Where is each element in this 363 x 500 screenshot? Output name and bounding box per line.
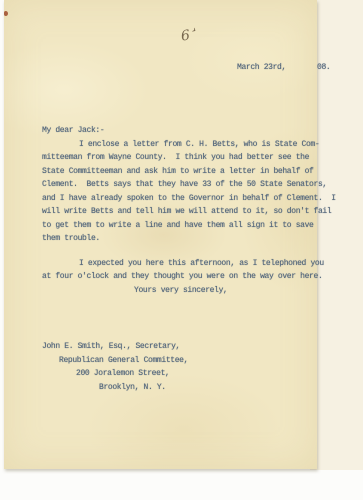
- letter-paper: March 23rd, 08. My dear Jack:- I enclose…: [4, 0, 317, 469]
- typed-line: them trouble.: [42, 232, 338, 246]
- typed-line: I expected you here this afternoon, as I…: [42, 257, 338, 271]
- letter-body: My dear Jack:- I enclose a letter from C…: [42, 124, 338, 394]
- typed-line: mitteeman from Wayne County. I think you…: [42, 151, 338, 165]
- typed-line: Republican General Committee,: [42, 354, 338, 368]
- typed-line: 200 Joralemon Street,: [42, 367, 338, 381]
- typed-line: and I have already spoken to the Governo…: [42, 192, 338, 206]
- typed-line: State Committeeman and ask him to write …: [42, 165, 338, 179]
- body-paragraph-2: I expected you here this afternoon, as I…: [42, 257, 338, 284]
- paper-edge-fleck: [4, 11, 8, 16]
- typed-line: John E. Smith, Esq., Secretary,: [42, 340, 338, 354]
- pencil-mark-glyph: 6: [180, 27, 191, 44]
- typed-line: will write Betts and tell him we will at…: [42, 205, 338, 219]
- date-line: March 23rd, 08.: [4, 63, 363, 77]
- body-paragraph-1: I enclose a letter from C. H. Betts, who…: [42, 138, 338, 246]
- date-text: March 23rd,: [237, 63, 286, 72]
- typed-line: at four o'clock and they thought you wer…: [42, 270, 338, 284]
- closing-line: Yours very sincerely,: [42, 284, 338, 298]
- year-text: 08.: [317, 63, 330, 72]
- scanned-letter-page: March 23rd, 08. My dear Jack:- I enclose…: [0, 0, 363, 500]
- typed-line: to get them to write a line and have the…: [42, 219, 338, 233]
- typed-line: Brooklyn, N. Y.: [42, 381, 338, 395]
- recipient-address-block: John E. Smith, Esq., Secretary,Republica…: [42, 340, 338, 394]
- typed-line: Clement. Betts says that they have 33 of…: [42, 178, 338, 192]
- pencil-annotation: 6›: [181, 25, 194, 44]
- salutation: My dear Jack:-: [42, 124, 338, 138]
- typed-line: I enclose a letter from C. H. Betts, who…: [42, 138, 338, 152]
